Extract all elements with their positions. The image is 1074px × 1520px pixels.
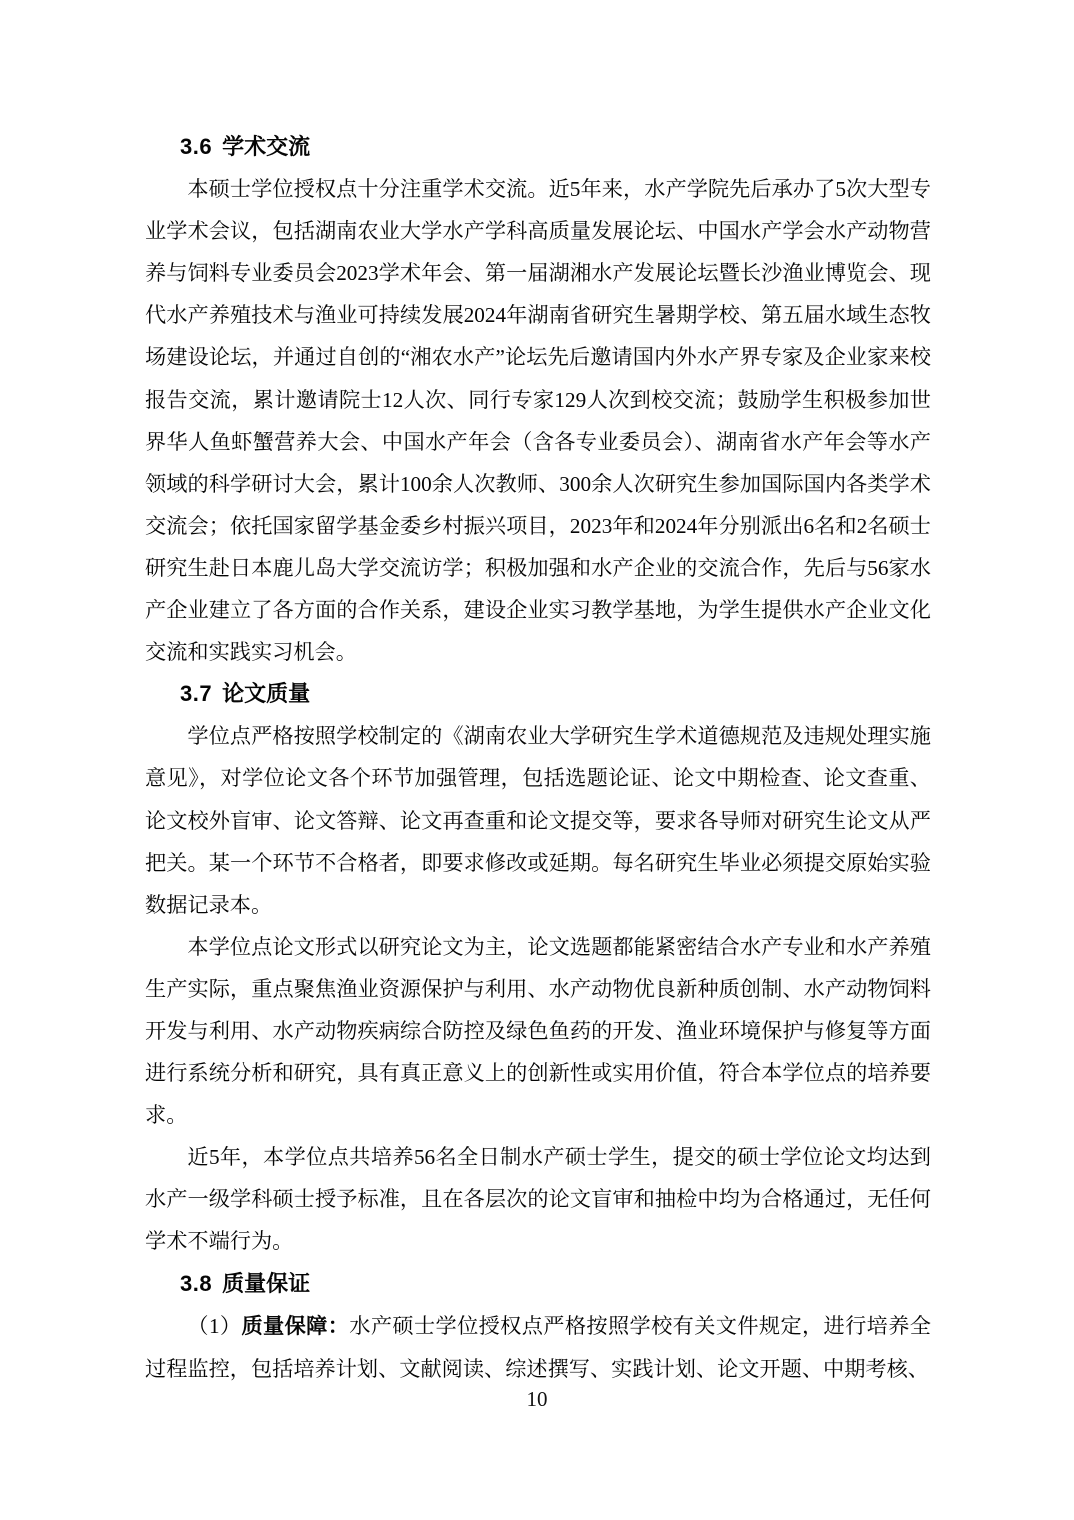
paragraph-academic-exchange: 本硕士学位授权点十分注重学术交流。近5年来，水产学院先后承办了5次大型专业学术会… xyxy=(145,168,931,673)
paragraph-quality-assurance: （1）质量保障：水产硕士学位授权点严格按照学校有关文件规定，进行培养全过程监控，… xyxy=(145,1305,931,1390)
page-content: 3.6学术交流 本硕士学位授权点十分注重学术交流。近5年来，水产学院先后承办了5… xyxy=(145,126,931,1390)
section-heading-3-8: 3.8质量保证 xyxy=(145,1263,931,1305)
section-heading-3-7: 3.7论文质量 xyxy=(145,673,931,715)
item-prefix: （1） xyxy=(187,1314,241,1338)
paragraph-thesis-results: 近5年，本学位点共培养56名全日制水产硕士学生，提交的硕士学位论文均达到水产一级… xyxy=(145,1136,931,1262)
section-number: 3.7 xyxy=(180,681,212,706)
document-page: 3.6学术交流 本硕士学位授权点十分注重学术交流。近5年来，水产学院先后承办了5… xyxy=(0,0,1074,1520)
page-number: 10 xyxy=(0,1386,1074,1412)
section-heading-3-6: 3.6学术交流 xyxy=(145,126,931,168)
section-title: 论文质量 xyxy=(222,681,310,706)
paragraph-thesis-management: 学位点严格按照学校制定的《湖南农业大学研究生学术道德规范及违规处理实施意见》，对… xyxy=(145,715,931,925)
section-title: 学术交流 xyxy=(222,134,310,159)
section-number: 3.6 xyxy=(180,134,212,159)
section-number: 3.8 xyxy=(180,1271,212,1296)
paragraph-thesis-topics: 本学位点论文形式以研究论文为主，论文选题都能紧密结合水产专业和水产养殖生产实际，… xyxy=(145,926,931,1136)
section-title: 质量保证 xyxy=(222,1271,310,1296)
item-bold-label: 质量保障： xyxy=(241,1315,349,1338)
